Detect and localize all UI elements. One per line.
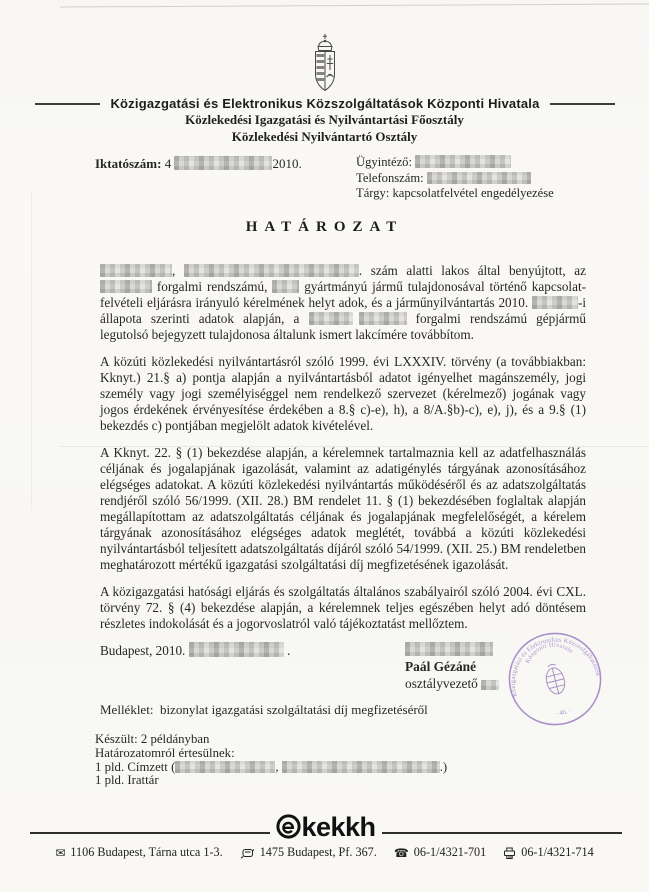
phone-label: Telefonszám: — [356, 171, 424, 185]
paper-crease — [31, 190, 32, 510]
case-number-year: 2010. — [272, 156, 301, 171]
footer-rule-left — [30, 832, 270, 834]
p1-text: forgalmi rendszámú, — [152, 279, 272, 294]
redaction-vehicle-make — [272, 280, 299, 293]
redaction-date — [189, 642, 284, 657]
attachment-value: bizonylat igazgatási szolgáltatási díj m… — [160, 702, 428, 717]
redaction-case-number — [174, 156, 272, 170]
office-name: Közigazgatási és Elektronikus Közszolgál… — [110, 96, 539, 111]
logo-text: kekkh — [301, 815, 375, 839]
case-number-prefix: 4 — [165, 156, 172, 171]
stamp-coat-of-arms — [543, 662, 567, 696]
dateline-text: Budapest, 2010. — [100, 643, 189, 658]
body-paragraph-4: A közigazgatási hatósági eljárás és szol… — [100, 584, 586, 632]
p1-text: . szám alatti lakos által benyújtott, az — [359, 263, 586, 278]
pobox-address: 1475 Budapest, Pf. 367. — [260, 845, 377, 860]
copies-archive-line: 1 pld. Irattár — [95, 774, 447, 788]
scanned-decision-document: Közigazgatási és Elektronikus Közszolgál… — [0, 0, 649, 892]
redaction-clerk-name — [415, 155, 511, 168]
document-body: , . szám alatti lakos által benyújtott, … — [100, 263, 586, 643]
clerk-line: Ügyintéző: — [356, 155, 554, 171]
pobox-item: 1475 Budapest, Pf. 367. — [240, 845, 377, 860]
copies-addressee-line: 1 pld. Címzett (, .) — [95, 761, 447, 775]
document-title: HATÁROZAT — [0, 219, 649, 236]
redaction-plate-number-3 — [359, 312, 407, 325]
footer-rule-right — [382, 832, 622, 834]
footer-address-line: ✉ 1106 Budapest, Tárna utca 1-3. 1475 Bu… — [0, 845, 649, 860]
postal-address-item: ✉ 1106 Budapest, Tárna utca 1-3. — [55, 845, 222, 860]
pobox-icon — [240, 847, 255, 859]
redaction-registry-date — [532, 296, 578, 309]
redaction-phone-number — [427, 172, 531, 184]
fax-icon — [503, 847, 516, 859]
dateline: Budapest, 2010. . — [100, 642, 290, 659]
division-name: Közlekedési Nyilvántartó Osztály — [0, 129, 649, 145]
addressee-close: .) — [440, 760, 447, 774]
attachment-line: Melléklet: bizonylat igazgatási szolgált… — [100, 702, 428, 718]
phone-line: Telefonszám: — [356, 171, 554, 187]
dateline-period: . — [284, 643, 291, 658]
p1-text: , — [172, 263, 184, 278]
stamp-number: · 46. · — [555, 707, 572, 718]
subject-label: Tárgy: — [356, 186, 389, 200]
case-number-line: Iktatószám: 4 2010. — [95, 156, 302, 172]
copies-block: Készült: 2 példányban Határozatomról ért… — [95, 733, 447, 788]
subject-value: kapcsolatfelvétel engedélyezése — [393, 186, 554, 200]
redaction-role-suffix — [481, 680, 499, 690]
case-number-label: Iktatószám: — [95, 156, 161, 171]
subject-line: Tárgy: kapcsolatfelvétel engedélyezése — [356, 186, 554, 202]
signer-role: osztályvezető — [405, 676, 478, 691]
redaction-addressee-name — [175, 761, 275, 773]
header-office-row: Közigazgatási és Elektronikus Közszolgál… — [35, 96, 615, 111]
redaction-applicant-name — [100, 264, 172, 277]
envelope-icon: ✉ — [55, 847, 65, 859]
phone-number: 06-1/4321-701 — [414, 845, 486, 860]
body-paragraph-3: A Kknyt. 22. § (1) bekezdése alapján, a … — [100, 445, 586, 573]
hungary-coat-of-arms-icon — [307, 33, 343, 95]
header-rule-right — [550, 103, 615, 105]
fax-item: 06-1/4321-714 — [503, 845, 593, 860]
phone-item: ☎ 06-1/4321-701 — [394, 845, 486, 860]
paper-crease — [60, 3, 649, 7]
attachment-label: Melléklet: — [100, 702, 153, 717]
redaction-addressee-address — [282, 761, 440, 773]
phone-icon: ☎ — [394, 847, 409, 859]
department-name: Közlekedési Igazgatási és Nyilvántartási… — [0, 112, 649, 128]
footer-brand-row: kekkh — [30, 814, 622, 839]
header-rule-left — [35, 103, 100, 105]
postal-address: 1106 Budapest, Tárna utca 1-3. — [70, 845, 222, 860]
addressee-text: 1 pld. Címzett ( — [95, 760, 175, 774]
fax-number: 06-1/4321-714 — [521, 845, 593, 860]
redaction-plate-number — [100, 280, 152, 293]
clerk-label: Ügyintéző: — [356, 155, 412, 169]
copies-made-line: Készült: 2 példányban — [95, 733, 447, 747]
redaction-applicant-address — [184, 264, 359, 277]
body-paragraph-2: A közúti közlekedési nyilvántartásról sz… — [100, 354, 586, 434]
copies-notify-line: Határozatomról értesülnek: — [95, 747, 447, 761]
redaction-plate-number-2 — [309, 312, 353, 325]
meta-right-block: Ügyintéző: Telefonszám: Tárgy: kapcsolat… — [356, 155, 554, 202]
body-paragraph-1: , . szám alatti lakos által benyújtott, … — [100, 263, 586, 343]
kekkh-logo: kekkh — [276, 814, 375, 839]
redaction-signature — [405, 642, 493, 656]
addressee-separator: , — [275, 760, 281, 774]
circled-e-icon — [276, 814, 301, 839]
